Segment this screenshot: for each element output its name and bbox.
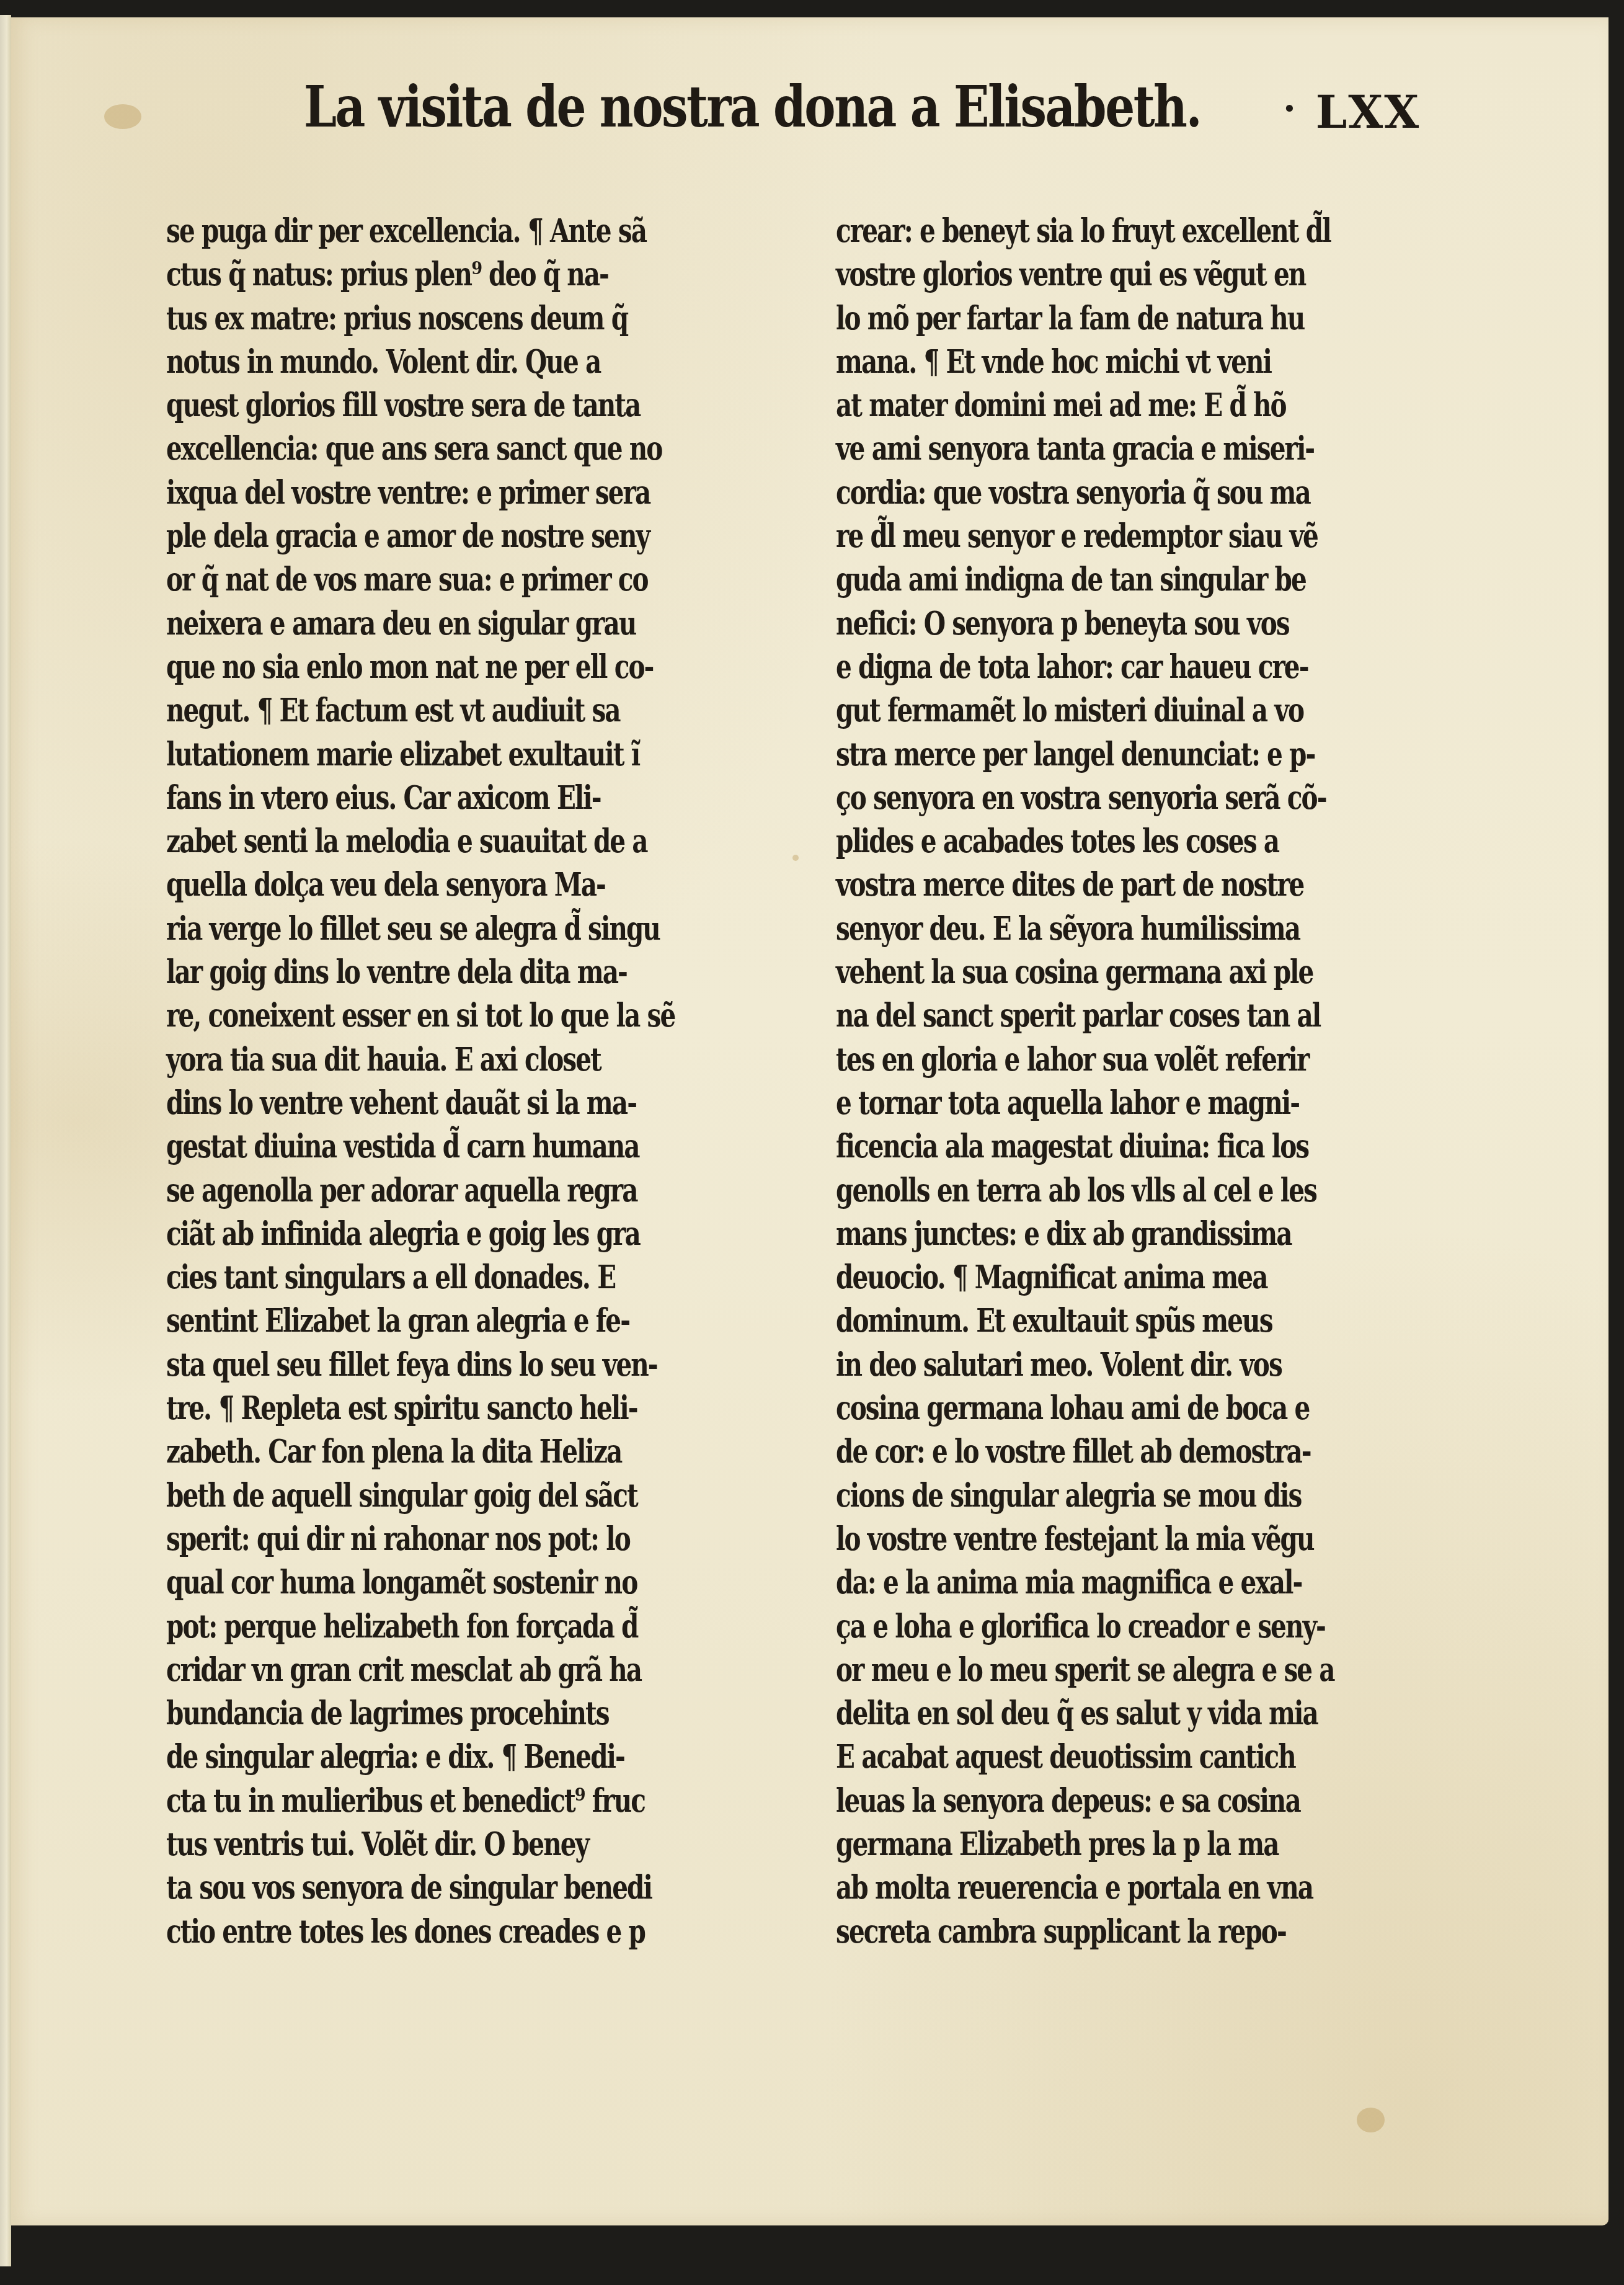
text-line: stra merce per langel denunciat: e p- bbox=[836, 733, 1411, 777]
text-line: ctio entre totes les dones creades e p bbox=[166, 1910, 742, 1954]
text-line: ctus q̃ natus: prius plen⁹ deo q̃ na- bbox=[166, 253, 742, 296]
text-line: gestat diuina vestida d̃ carn humana bbox=[166, 1125, 742, 1169]
text-line: e tornar tota aquella lahor e magni- bbox=[836, 1082, 1411, 1125]
text-line: cosina germana lohau ami de boca e bbox=[836, 1387, 1411, 1430]
text-line: bundancia de lagrimes procehints bbox=[166, 1692, 742, 1735]
text-line: sperit: qui dir ni rahonar nos pot: lo bbox=[166, 1518, 742, 1561]
text-line: se agenolla per adorar aquella regra bbox=[166, 1169, 742, 1213]
text-line: se puga dir per excellencia. ¶ Ante sã bbox=[166, 210, 742, 253]
text-line: sentint Elizabet la gran alegria e fe- bbox=[166, 1299, 742, 1343]
text-line: ve ami senyora tanta gracia e miseri- bbox=[836, 427, 1411, 471]
text-line: que no sia enlo mon nat ne per ell co- bbox=[166, 646, 742, 689]
text-line: ça e loha e glorifica lo creador e seny- bbox=[836, 1605, 1411, 1649]
text-line: de cor: e lo vostre fillet ab demostra- bbox=[836, 1430, 1411, 1474]
text-column-left: se puga dir per excellencia. ¶ Ante sãct… bbox=[166, 210, 743, 1954]
text-line: e digna de tota lahor: car haueu cre- bbox=[836, 646, 1411, 689]
text-line: or meu e lo meu sperit se alegra e se a bbox=[836, 1649, 1411, 1692]
text-line: pot: perque helizabeth fon forçada d̃ bbox=[166, 1605, 742, 1649]
text-line: deuocio. ¶ Magnificat anima mea bbox=[836, 1256, 1411, 1299]
text-line: lo mõ per fartar la fam de natura hu bbox=[836, 297, 1411, 341]
text-line: or q̃ nat de vos mare sua: e primer co bbox=[166, 558, 742, 602]
text-line: cridar vn gran crit mesclat ab grã ha bbox=[166, 1649, 742, 1692]
text-line: guda ami indigna de tan singular be bbox=[836, 558, 1411, 602]
text-line: nefici: O senyora p beneyta sou vos bbox=[836, 602, 1411, 646]
foxing-spot bbox=[1357, 2108, 1385, 2132]
text-line: tre. ¶ Repleta est spiritu sancto heli- bbox=[166, 1387, 742, 1430]
text-line: vehent la sua cosina germana axi ple bbox=[836, 951, 1411, 994]
text-line: ciãt ab infinida alegria e goig les gra bbox=[166, 1213, 742, 1256]
text-line: neixera e amara deu en sigular grau bbox=[166, 602, 742, 646]
text-line: de singular alegria: e dix. ¶ Benedi- bbox=[166, 1735, 742, 1779]
text-line: cta tu in mulieribus et benedict⁹ fruc bbox=[166, 1779, 742, 1823]
text-line: notus in mundo. Volent dir. Que a bbox=[166, 341, 742, 384]
text-line: quella dolça veu dela senyora Ma- bbox=[166, 863, 742, 907]
text-line: lar goig dins lo ventre dela dita ma- bbox=[166, 951, 742, 994]
text-line: ta sou vos senyora de singular benedi bbox=[166, 1866, 742, 1910]
text-column-right: crear: e beneyt sia lo fruyt excellent d… bbox=[836, 210, 1413, 1954]
folio-dot: · bbox=[1283, 87, 1296, 130]
text-line: cordia: que vostra senyoria q̃ sou ma bbox=[836, 471, 1411, 515]
text-line: ple dela gracia e amor de nostre seny bbox=[166, 515, 742, 558]
text-line: lutationem marie elizabet exultauit ĩ bbox=[166, 733, 742, 777]
text-line: crear: e beneyt sia lo fruyt excellent d… bbox=[836, 210, 1411, 253]
text-line: na del sanct sperit parlar coses tan al bbox=[836, 994, 1411, 1038]
text-line: E acabat aquest deuotissim cantich bbox=[836, 1735, 1411, 1779]
text-line: mans junctes: e dix ab grandissima bbox=[836, 1213, 1411, 1256]
text-line: da: e la anima mia magnifica e exal- bbox=[836, 1561, 1411, 1605]
adjacent-page-edge bbox=[0, 15, 11, 2266]
text-line: yora tia sua dit hauia. E axi closet bbox=[166, 1038, 742, 1082]
text-line: vostre glorios ventre qui es vẽgut en bbox=[836, 253, 1411, 296]
text-line: ab molta reuerencia e portala en vna bbox=[836, 1866, 1411, 1910]
foxing-spot bbox=[792, 855, 799, 861]
text-line: quest glorios fill vostre sera de tanta bbox=[166, 384, 742, 427]
text-line: qual cor huma longamẽt sostenir no bbox=[166, 1561, 742, 1605]
text-line: ço senyora en vostra senyoria serã cõ- bbox=[836, 777, 1411, 820]
text-line: lo vostre ventre festejant la mia vẽgu bbox=[836, 1518, 1411, 1561]
text-line: beth de aquell singular goig del sãct bbox=[166, 1474, 742, 1518]
text-line: delita en sol deu q̃ es salut y vida mia bbox=[836, 1692, 1411, 1735]
text-line: ixqua del vostre ventre: e primer sera bbox=[166, 471, 742, 515]
text-line: re, coneixent esser en si tot lo que la … bbox=[166, 994, 742, 1038]
text-line: secreta cambra supplicant la repo- bbox=[836, 1910, 1411, 1954]
text-line: sta quel seu fillet feya dins lo seu ven… bbox=[166, 1343, 742, 1387]
text-line: tus ex matre: prius noscens deum q̃ bbox=[166, 297, 742, 341]
text-line: germana Elizabeth pres la p la ma bbox=[836, 1823, 1411, 1866]
text-line: fans in vtero eius. Car axicom Eli- bbox=[166, 777, 742, 820]
text-line: gut fermamẽt lo misteri diuinal a vo bbox=[836, 689, 1411, 733]
text-line: tes en gloria e lahor sua volẽt referir bbox=[836, 1038, 1411, 1082]
text-line: cions de singular alegria se mou dis bbox=[836, 1474, 1411, 1518]
text-line: ficencia ala magestat diuina: fica los bbox=[836, 1125, 1411, 1169]
text-line: in deo salutari meo. Volent dir. vos bbox=[836, 1343, 1411, 1387]
text-line: senyor deu. E la sẽyora humilissima bbox=[836, 907, 1411, 951]
text-line: zabet senti la melodia e suauitat de a bbox=[166, 820, 742, 863]
running-head: La visita de nostra dona a Elisabeth. · … bbox=[304, 73, 1420, 148]
text-line: plides e acabades totes les coses a bbox=[836, 820, 1411, 863]
text-line: zabeth. Car fon plena la dita Heliza bbox=[166, 1430, 742, 1474]
folio-number: LXX bbox=[1316, 86, 1420, 138]
text-line: ria verge lo fillet seu se alegra d̃ sin… bbox=[166, 907, 742, 951]
running-title: La visita de nostra dona a Elisabeth. bbox=[304, 73, 1200, 140]
text-line: at mater domini mei ad me: E d̃ hõ bbox=[836, 384, 1411, 427]
text-line: vostra merce dites de part de nostre bbox=[836, 863, 1411, 907]
text-line: mana. ¶ Et vnde hoc michi vt veni bbox=[836, 341, 1411, 384]
text-line: excellencia: que ans sera sanct que no bbox=[166, 427, 742, 471]
text-line: dins lo ventre vehent dauãt si la ma- bbox=[166, 1082, 742, 1125]
text-line: negut. ¶ Et factum est vt audiuit sa bbox=[166, 689, 742, 733]
text-line: tus ventris tui. Volẽt dir. O beney bbox=[166, 1823, 742, 1866]
text-line: leuas la senyora depeus: e sa cosina bbox=[836, 1779, 1411, 1823]
foxing-spot bbox=[104, 104, 141, 129]
text-line: cies tant singulars a ell donades. E bbox=[166, 1256, 742, 1299]
text-line: dominum. Et exultauit spũs meus bbox=[836, 1299, 1411, 1343]
text-line: genolls en terra ab los vlls al cel e le… bbox=[836, 1169, 1411, 1213]
text-line: re d̃l meu senyor e redemptor siau vẽ bbox=[836, 515, 1411, 558]
